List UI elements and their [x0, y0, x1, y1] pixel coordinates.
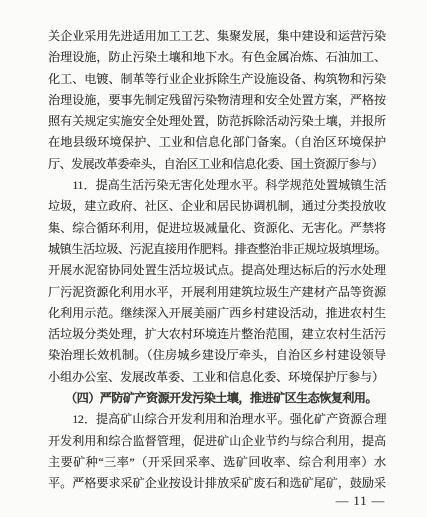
document-page: 关企业采用先进适用加工工艺、集聚发展，集中建设和运营污染治理设施，防止污染土壤和… [0, 0, 427, 517]
text-line: 治理设施，要事先制定残留污染物清理和安全处置方案，严格按 [48, 90, 386, 111]
text-line: 化利用示范。继续深入开展美丽广西乡村建设活动，推进农村生 [48, 303, 386, 324]
text-line: 染治理长效机制。（住房城乡建设厅牵头，自治区乡村建设领导 [48, 345, 386, 366]
text-line: 平。严格要求采矿企业按设计排放采矿废石和选矿尾矿，鼓励采 [48, 473, 386, 494]
body-text: 关企业采用先进适用加工工艺、集聚发展，集中建设和运营污染治理设施，防止污染土壤和… [48, 26, 386, 495]
text-line: 开发利用和综合监督管理，促进矿山企业节约与综合利用，提高 [48, 431, 386, 452]
text-line: 12．提高矿山综合开发利用和治理水平。强化矿产资源合理 [48, 409, 386, 430]
text-line: 治理设施，防止污染土壤和地下水。有色金属冶炼、石油加工、 [48, 47, 386, 68]
text-line: 主要矿种“三率”（开采回采率、选矿回收率、综合利用率）水 [48, 452, 386, 473]
text-line: （四）严防矿产资源开发污染土壤，推进矿区生态恢复利用。 [48, 388, 386, 409]
page-number: — 11 — [336, 494, 385, 509]
text-line: 11．提高生活污染无害化处理水平。科学规范处置城镇生活 [48, 175, 386, 196]
text-line: 小组办公室、发展改革委、工业和信息化委、环境保护厅参与） [48, 367, 386, 388]
text-line: 化工、电镀、制革等行业企业拆除生产设施设备、构筑物和污染 [48, 69, 386, 90]
text-line: 厂污泥资源化利用水平，开展利用建筑垃圾生产建材产品等资源 [48, 282, 386, 303]
text-line: 集、综合循环利用，促进垃圾减量化、资源化、无害化。严禁将 [48, 218, 386, 239]
text-line: 照有关规定实施安全处理处置，防范拆除活动污染土壤，并报所 [48, 111, 386, 132]
text-line: 城镇生活垃圾、污泥直接用作肥料。排查整治非正规垃圾填埋场。 [48, 239, 386, 260]
text-line: 开展水泥窑协同处置生活垃圾试点。提高处理达标后的污水处理 [48, 260, 386, 281]
text-line: 在地县级环境保护、工业和信息化部门备案。（自治区环境保护 [48, 132, 386, 153]
text-line: 活垃圾分类处理，扩大农村环境连片整治范围，建立农村生活污 [48, 324, 386, 345]
text-line: 厅、发展改革委牵头，自治区工业和信息化委、国土资源厅参与） [48, 154, 386, 175]
text-line: 关企业采用先进适用加工工艺、集聚发展，集中建设和运营污染 [48, 26, 386, 47]
text-line: 垃圾，建立政府、社区、企业和居民协调机制，通过分类投放收 [48, 196, 386, 217]
